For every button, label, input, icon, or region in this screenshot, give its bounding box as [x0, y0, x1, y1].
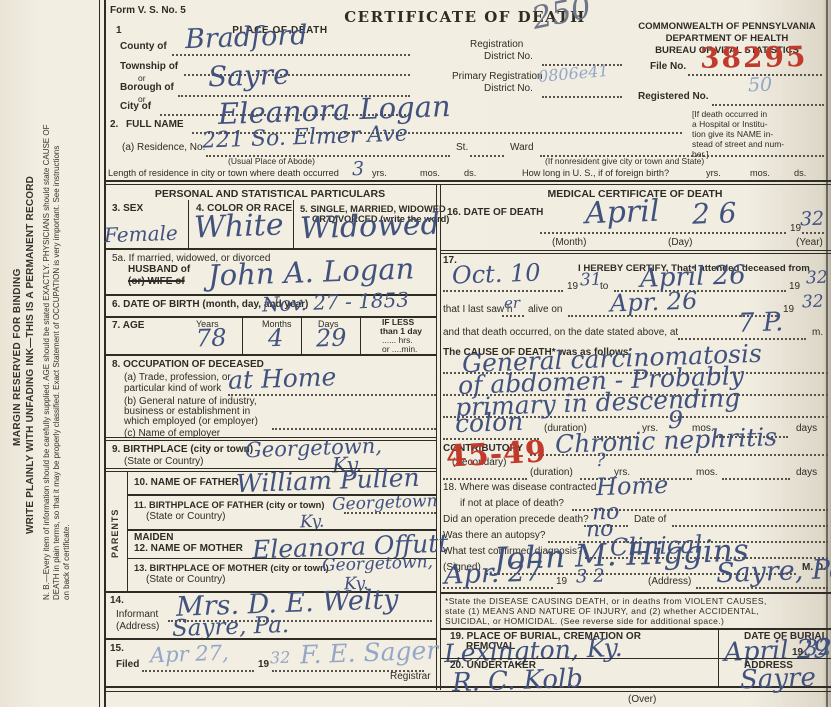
age-years-value: 78	[196, 325, 227, 350]
county-value: Bradford	[185, 22, 308, 53]
death-year-value: 32	[800, 210, 825, 230]
informant-address-label: (Address)	[116, 622, 159, 633]
file-no-label: File No.	[650, 62, 686, 73]
mother-birthplace-label: 13. BIRTHPLACE OF MOTHER (city or town)	[134, 563, 329, 573]
dob-value: Nov. 27 - 1853	[262, 289, 410, 314]
cause-duration-days: days	[796, 424, 817, 435]
registration-label-1: Registration	[470, 40, 523, 51]
age-divider-1	[242, 316, 243, 354]
date-of-death-label: 16. DATE OF DEATH	[447, 208, 543, 219]
margin-nb-line3: on back of certificate.	[62, 524, 71, 600]
column-divider-2	[440, 184, 441, 690]
hospital-note-line1: [If death occurred in	[692, 110, 767, 119]
length-of-residence-value: 3	[352, 160, 365, 179]
sex-value: Female	[104, 223, 178, 246]
day-caption: (Day)	[668, 238, 692, 249]
how-long-in-us-label: How long in U. S., if of foreign birth?	[522, 169, 669, 179]
item18-label2: if not at place of death?	[460, 499, 564, 510]
stamp-number-250: 250	[529, 0, 593, 35]
contrib-duration-label: (duration)	[530, 468, 573, 479]
column-divider-1	[436, 184, 437, 690]
us-yrs-label: yrs.	[706, 169, 721, 179]
primary-registration-label-2: District No.	[484, 84, 533, 95]
birthplace-label: 9. BIRTHPLACE (city or town)	[112, 445, 253, 456]
color-race-value: White	[194, 210, 285, 243]
length-of-residence-label: Length of residence in city or town wher…	[108, 169, 339, 179]
year-caption: (Year)	[796, 238, 823, 249]
occupation-c-label: (c) Name of employer	[124, 429, 220, 440]
sex-label: 3. SEX	[112, 204, 143, 215]
over-label: (Over)	[628, 695, 656, 706]
last-saw-year-value: 32	[802, 294, 824, 312]
abode-caption: (Usual Place of Abode)	[228, 157, 315, 166]
age-label: 7. AGE	[112, 321, 144, 332]
parents-vertical-label: PARENTS	[110, 509, 120, 558]
st-dotted-line	[470, 143, 504, 157]
age-days-value: 29	[316, 325, 347, 350]
occupation-b-line3: which employed (or employer)	[124, 417, 258, 428]
operation-label: Did an operation precede death?	[443, 515, 589, 526]
age-months-value: 4	[268, 326, 284, 351]
operation-date-dotted	[672, 513, 828, 527]
filed-year-value: 32	[270, 650, 291, 667]
item1-number: 1	[116, 26, 122, 37]
city-label: City of	[120, 102, 151, 113]
violent-causes-note3: SUICIDAL, or HOMICIDAL. (See reverse sid…	[445, 617, 724, 626]
undertaker-address-value: Sayre	[740, 665, 817, 694]
item2-number: 2.	[110, 120, 118, 131]
occupation-b-dotted-line	[272, 416, 436, 430]
father-name-value: William Pullen	[236, 465, 420, 496]
mother-birthplace-city: Georgetown,	[322, 554, 433, 575]
father-name-label: 10. NAME OF FATHER	[134, 478, 239, 489]
registered-no-value: 50	[748, 76, 773, 96]
hospital-note-line3: tion give its NAME in-	[692, 130, 773, 139]
scan-right-edge	[826, 0, 828, 707]
color-marital-divider	[293, 200, 294, 248]
primary-registration-value: 0806e41	[537, 63, 609, 85]
informant-label: Informant	[116, 610, 158, 621]
margin-nb-line2: DEATH in plain terms, so that it may be …	[52, 146, 61, 600]
rule-under-16b	[440, 253, 831, 254]
borough-value: Sayre	[208, 61, 291, 92]
ward-dotted-line	[540, 143, 824, 157]
filed-label: Filed	[116, 660, 139, 671]
primary-registration-label-1: Primary Registration	[452, 72, 543, 83]
father-birthplace-city: Georgetown	[332, 493, 438, 514]
registration-label-2: District No.	[484, 52, 533, 63]
last-saw-19-label: 19	[783, 305, 794, 316]
hospital-note-line2: a Hospital or Institu-	[692, 120, 768, 129]
contrib-duration-dotted3	[722, 466, 790, 480]
sex-color-divider	[188, 200, 189, 248]
item18-label: 18. Where was disease contracted	[443, 483, 596, 494]
borough-label: Borough of	[120, 83, 174, 94]
month-caption: (Month)	[552, 238, 586, 249]
from-date-dotted	[443, 278, 563, 292]
margin-binding-note: MARGIN RESERVED FOR BINDING	[12, 268, 23, 446]
sig-address-value: Sayre, Pa	[716, 556, 831, 587]
sig-year-value: 3 2	[576, 568, 605, 587]
occupation-a-value: at Home	[228, 364, 337, 393]
file-no-value: 38295	[700, 43, 808, 73]
occupation-a-line2: particular kind of work	[124, 384, 221, 395]
rule-above-burial	[440, 628, 831, 630]
nonresident-caption: (If nonresident give city or town and St…	[545, 157, 704, 166]
us-ds-label: ds.	[794, 169, 806, 179]
spouse-name-value: John A. Logan	[208, 254, 415, 290]
rule-between-19-20	[440, 658, 831, 659]
from-year-value: 31	[580, 272, 602, 290]
margin-permanent-record-note: WRITE PLAINLY WITH UNFADING INK—THIS IS …	[25, 176, 36, 534]
burial-divider	[718, 628, 719, 686]
full-name-label: FULL NAME	[126, 120, 184, 131]
ward-label: Ward	[510, 143, 534, 154]
rule-under-row345	[104, 248, 436, 250]
to-year-value: 32	[806, 270, 828, 288]
informant-address-value: Sayre, Pa.	[172, 614, 290, 641]
death-time-value: 7 P.	[738, 309, 784, 337]
registered-no-label: Registered No.	[638, 92, 709, 103]
age-divider-2	[301, 316, 302, 354]
contrib-duration-dotted0	[443, 466, 527, 480]
to-label: to	[600, 282, 608, 293]
margin-nb-line1: N. B.—Every item of information should b…	[42, 125, 51, 600]
violent-causes-note2: state (1) MEANS AND NATURE OF INJURY, an…	[445, 607, 759, 616]
st-label: St.	[456, 143, 468, 154]
contrib-duration-mos: mos.	[696, 468, 718, 479]
or-wife-of-label: (or) WIFE of	[128, 277, 185, 288]
sig-19-label: 19	[556, 577, 567, 588]
township-label: Township of	[120, 62, 178, 73]
mother-birthplace-label2: (State or Country)	[146, 575, 225, 586]
father-birthplace-label: 11. BIRTHPLACE OF FATHER (city or town)	[134, 500, 324, 510]
item14-number: 14.	[110, 596, 124, 607]
ifless-line4: or ....min.	[382, 345, 417, 354]
residence-label: (a) Residence, No.	[122, 143, 205, 154]
death-occurred-label: and that death occurred, on the date sta…	[443, 328, 678, 339]
husband-of-label: HUSBAND of	[128, 265, 190, 276]
birthplace-label2: (State or Country)	[124, 457, 203, 468]
last-saw-label2: alive on	[528, 305, 562, 316]
length-ds-label: ds.	[464, 169, 476, 179]
operation-date-label: Date of	[634, 515, 666, 526]
parents-divider	[127, 471, 128, 591]
sig-address-label: (Address)	[648, 577, 691, 588]
father-birthplace-label2: (State or Country)	[146, 512, 225, 523]
us-mos-label: mos.	[750, 169, 770, 179]
mother-name-label: 12. NAME OF MOTHER	[134, 544, 243, 555]
header-bottom-rule	[104, 180, 831, 182]
marital-value: Widowed	[300, 210, 441, 245]
length-yrs-label: yrs.	[372, 169, 387, 179]
death-time-m-label: m.	[812, 328, 823, 339]
personal-section-title: PERSONAL AND STATISTICAL PARTICULARS	[110, 189, 430, 200]
last-saw-date-value: Apr. 26	[610, 288, 698, 315]
age-divider-3	[360, 316, 361, 354]
death-month-value: April	[584, 197, 659, 230]
last-saw-er-value: er	[504, 296, 521, 312]
sig-date-value: Apr. 27	[444, 558, 543, 588]
violent-causes-note1: *State the DISEASE CAUSING DEATH, or in …	[445, 597, 767, 606]
undertaker-value: R. C. Kolb	[452, 666, 584, 697]
length-mos-label: mos.	[420, 169, 440, 179]
cause-line4-value: colon	[455, 409, 524, 436]
rule-above-note	[440, 592, 831, 594]
from-19-label: 19	[567, 282, 578, 293]
contrib-duration-days: days	[796, 468, 817, 479]
registrar-signature: F. E. Sager	[300, 638, 439, 668]
rule-under-age	[104, 354, 436, 356]
header-bottom-rule2	[104, 184, 831, 185]
rule-under-16a	[440, 250, 831, 251]
filed-date-value: Apr 27,	[150, 643, 229, 667]
item15-number: 15.	[110, 644, 124, 655]
primary-registration-dotted-line	[542, 84, 622, 98]
form-left-border-outer	[99, 0, 100, 707]
date-of-death-dotted	[540, 220, 786, 234]
registrar-label: Registrar	[390, 672, 431, 683]
death-day-value: 2 6	[692, 199, 737, 229]
commonwealth-line1: COMMONWEALTH OF PENNSYLVANIA	[628, 22, 826, 32]
filed-19-label: 19	[258, 660, 269, 671]
county-label: County of	[120, 42, 167, 53]
disease-contracted-value: Home	[596, 473, 669, 500]
contributory-value: Chronic nephritis	[555, 424, 778, 457]
death-certificate-scan: MARGIN RESERVED FOR BINDING WRITE PLAINL…	[0, 0, 831, 707]
to-19-label: 19	[789, 282, 800, 293]
form-number: Form V. S. No. 5	[110, 6, 186, 17]
